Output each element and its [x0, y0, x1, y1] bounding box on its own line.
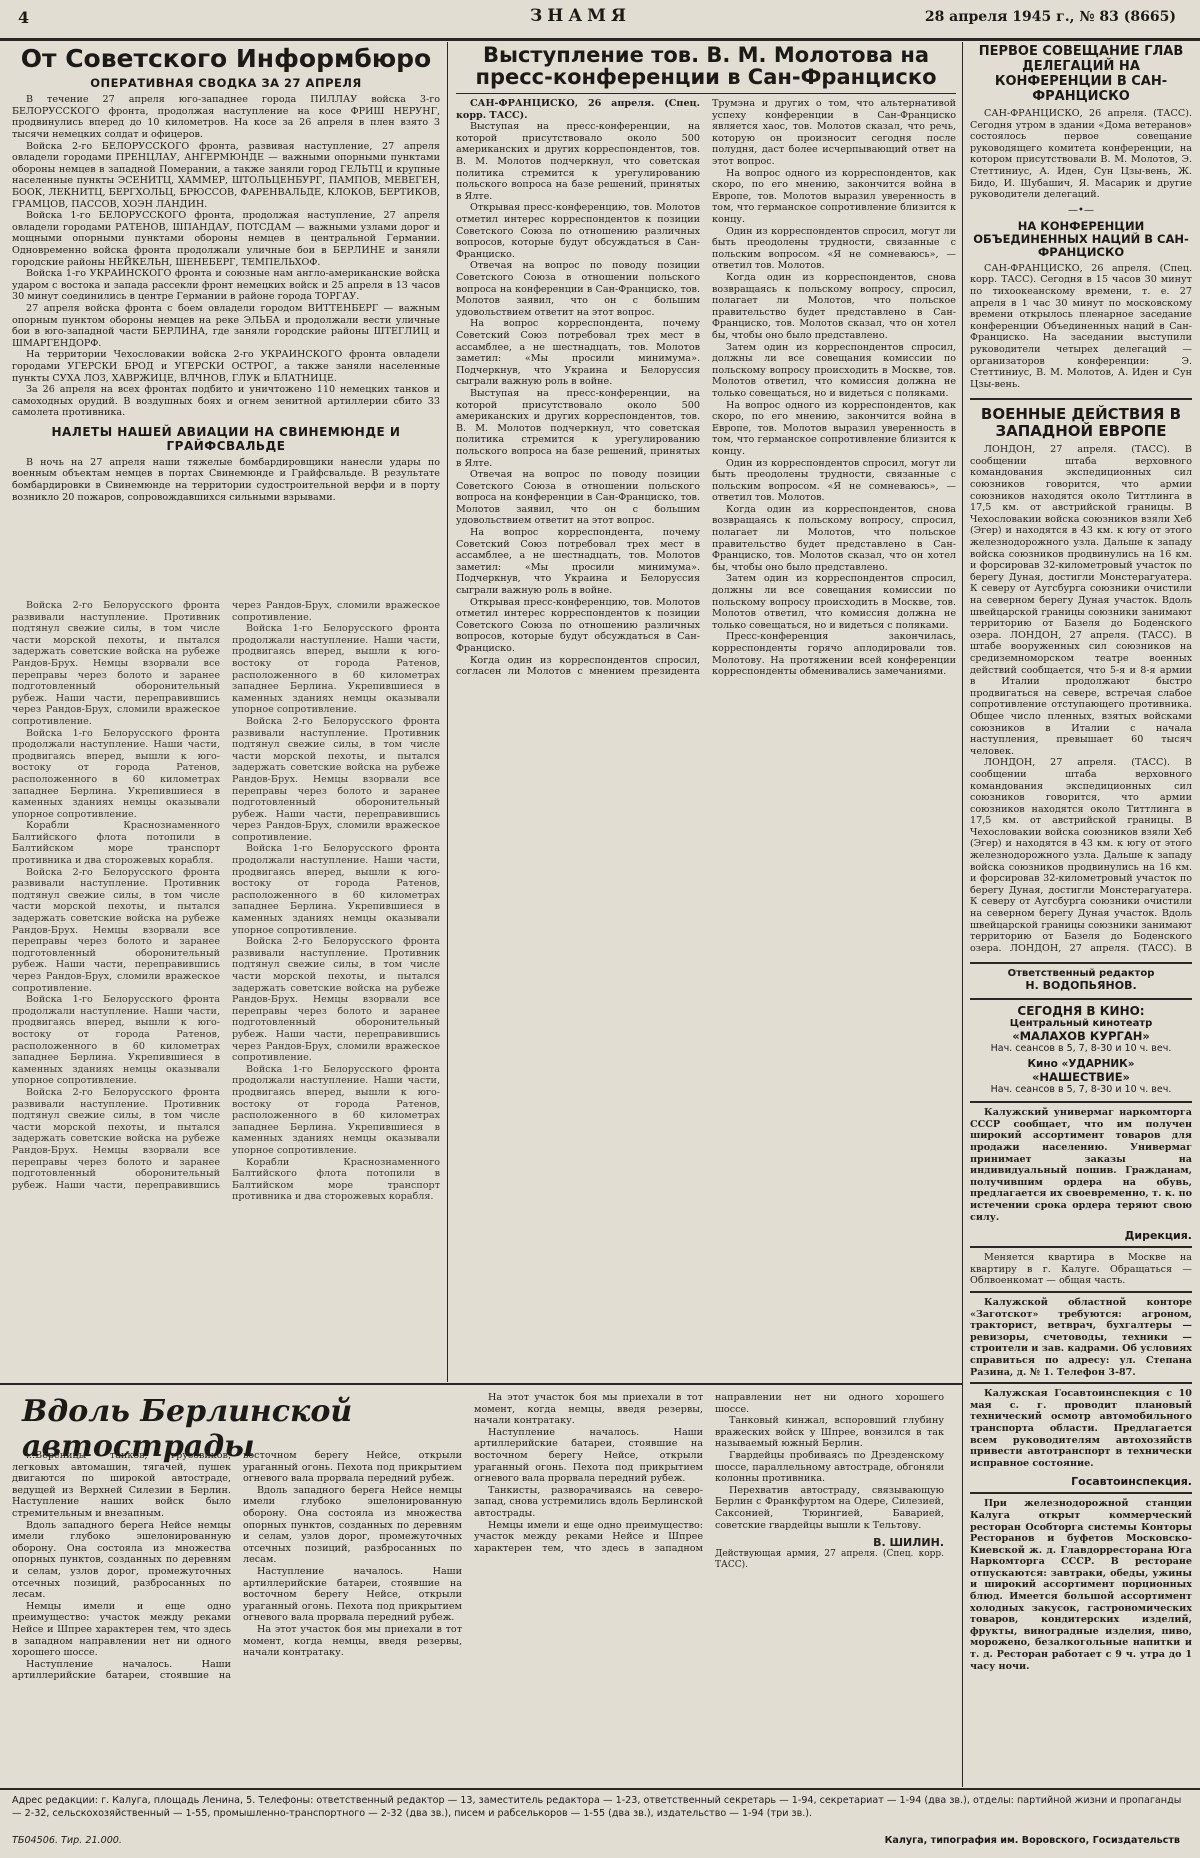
sovinformburo-body: В течение 27 апреля юго-западнее города …: [12, 94, 440, 419]
first-meeting-title: ПЕРВОЕ СОВЕЩАНИЕ ГЛАВ ДЕЛЕГАЦИЙ НА КОНФЕ…: [970, 44, 1192, 104]
printer: Калуга, типография им. Воровского, Госиз…: [885, 1834, 1180, 1847]
masthead: 4 ЗНАМЯ 28 апреля 1945 г., № 83 (8665): [0, 0, 1200, 41]
right-column: ПЕРВОЕ СОВЕЩАНИЕ ГЛАВ ДЕЛЕГАЦИЙ НА КОНФЕ…: [970, 44, 1192, 1784]
issue-date: 28 апреля 1945 г., № 83 (8665): [925, 9, 1176, 25]
molotov-title: Выступление тов. В. М. Молотова на пресс…: [456, 44, 956, 88]
molotov-article: Выступление тов. В. М. Молотова на пресс…: [456, 44, 956, 1379]
air-raid-body: В ночь на 27 апреля наши тяжелые бомбард…: [12, 457, 440, 503]
editor-block: Ответственный редактор Н. ВОДОПЬЯНОВ.: [970, 962, 1192, 992]
print-code: ТБ04506. Тир. 21.000.: [12, 1834, 122, 1847]
molotov-body: САН-ФРАНЦИСКО, 26 апреля. (Спец. корр. Т…: [456, 98, 956, 678]
footer: Адрес редакции: г. Калуга, площадь Ленин…: [0, 1788, 1200, 1858]
newspaper-page: 4 ЗНАМЯ 28 апреля 1945 г., № 83 (8665) О…: [0, 0, 1200, 1858]
column-rule: [447, 42, 448, 1382]
sovinformburo-subtitle: ОПЕРАТИВНАЯ СВОДКА ЗА 27 АПРЕЛЯ: [12, 76, 440, 90]
ad-gosavtoinspektsiya: Калужская Госавтоинспекция с 10 мая с. г…: [970, 1382, 1192, 1488]
ad-univermag: Калужский универмаг наркомторга СССР соо…: [970, 1101, 1192, 1242]
autobahn-article: Вдоль Берлинской автострады ...Вереницы …: [12, 1392, 957, 1784]
cinema-block: СЕГОДНЯ В КИНО: Центральный кинотеатр «М…: [970, 998, 1192, 1095]
western-europe-title: ВОЕННЫЕ ДЕЙСТВИЯ В ЗАПАДНОЙ ЕВРОПЕ: [970, 406, 1192, 440]
editorial-address: Адрес редакции: г. Калуга, площадь Ленин…: [12, 1794, 1182, 1820]
page-number: 4: [18, 8, 29, 27]
signature-note: Действующая армия, 27 апреля. (Спец. кор…: [715, 1549, 944, 1571]
molotov-dateline: САН-ФРАНЦИСКО, 26 апреля. (Спец. корр. Т…: [456, 98, 700, 121]
sovinformburo-continuation: Войска 2-го Белорусского фронта развивал…: [12, 600, 440, 1378]
newspaper-name: ЗНАМЯ: [530, 6, 631, 26]
author-signature: В. ШИЛИН.: [715, 1537, 944, 1549]
ad-restaurant: При железнодорожной станции Калуга откры…: [970, 1492, 1192, 1672]
ad-apartment: Меняется квартира в Москве на квартиру в…: [970, 1246, 1192, 1287]
ad-zagotskot: Калужской областной конторе «Заготскот» …: [970, 1291, 1192, 1378]
sovinformburo-title: От Советского Информбюро: [12, 46, 440, 72]
section-divider: [0, 1383, 962, 1385]
column-rule: [962, 42, 963, 1787]
editor-name: Н. ВОДОПЬЯНОВ.: [970, 979, 1192, 992]
sovinformburo-article: От Советского Информбюро ОПЕРАТИВНАЯ СВО…: [12, 44, 440, 584]
air-raid-title: НАЛЕТЫ НАШЕЙ АВИАЦИИ НА СВИНЕМЮНДЕ И ГРА…: [12, 425, 440, 453]
conference-title: НА КОНФЕРЕНЦИИ ОБЪЕДИНЕННЫХ НАЦИЙ В САН-…: [970, 220, 1192, 259]
